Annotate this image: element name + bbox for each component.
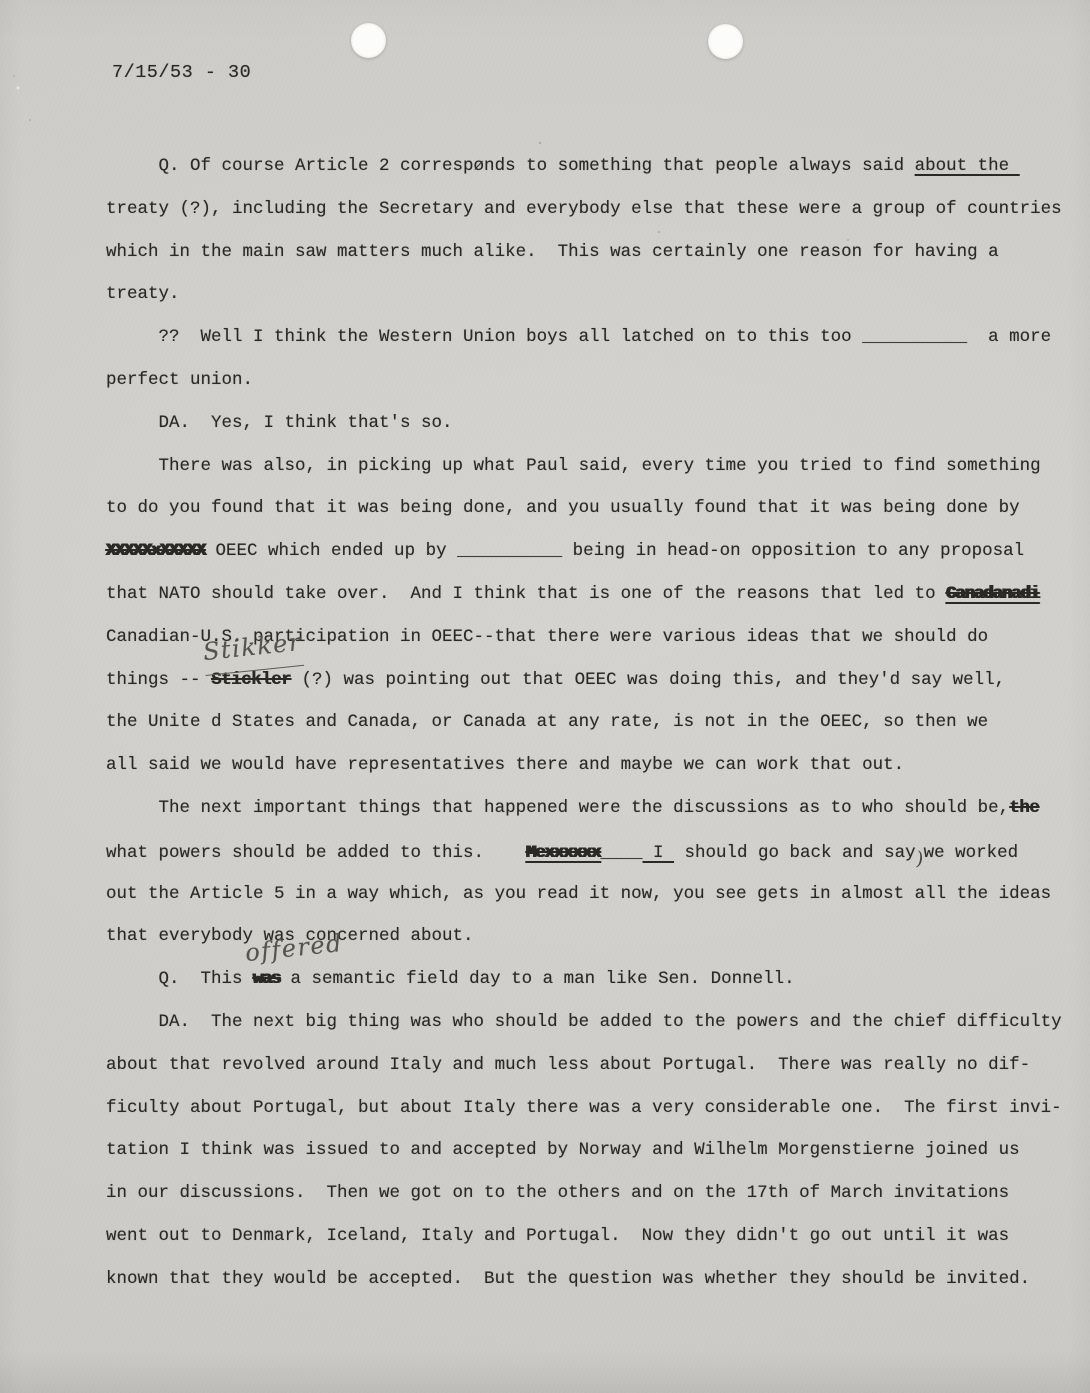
text-line: tation I think was issued to and accepte… (106, 1129, 1088, 1172)
text-line: went out to Denmark, Iceland, Italy and … (106, 1215, 1088, 1258)
typed-text: __________ (862, 327, 967, 347)
blacked-out-text: XXXXXxXXXXX (106, 541, 205, 561)
struck-word: the (1009, 798, 1039, 818)
typed-text: out the Article 5 in a way which, as you… (106, 884, 1051, 904)
typed-text: ?? Well I think the Western Union boys a… (106, 327, 862, 347)
typed-text: __________ (457, 541, 562, 561)
text-line: known that they would be accepted. But t… (106, 1258, 1088, 1301)
text-line: that NATO should take over. And I think … (106, 573, 1088, 616)
typed-text: being in head-on opposition to any propo… (562, 541, 1024, 561)
overwritten-word: wasoffered (253, 958, 280, 1001)
typed-text: ____ (601, 843, 643, 863)
typed-text: OEEC which ended up by (205, 541, 457, 561)
typed-text: which in the main saw matters much alike… (106, 242, 999, 262)
page-header-date-number: 7/15/53 - 30 (112, 62, 251, 83)
text-line: out the Article 5 in a way which, as you… (106, 873, 1088, 916)
text-line: things -- SticklerStikker (?) was pointi… (106, 659, 1088, 702)
typed-text: the Unite d States and Canada, or Canada… (106, 712, 988, 732)
typed-text: tation I think was issued to and accepte… (106, 1140, 1020, 1160)
text-line: DA. The next big thing was who should be… (106, 1001, 1088, 1044)
typed-text: a semantic field day to a man like Sen. … (280, 969, 795, 989)
typed-text: to do you found that it was being done, … (106, 498, 1020, 518)
typed-text: went out to Denmark, Iceland, Italy and … (106, 1226, 1009, 1246)
text-line: ficulty about Portugal, but about Italy … (106, 1087, 1088, 1130)
typed-text: should go back and say (674, 843, 916, 863)
text-line: about that revolved around Italy and muc… (106, 1044, 1088, 1087)
typed-text: things -- (106, 670, 211, 690)
punch-hole (351, 23, 386, 58)
typed-text: ficulty about Portugal, but about Italy … (106, 1098, 1062, 1118)
text-line: in our discussions. Then we got on to th… (106, 1172, 1088, 1215)
typed-text: we worked (924, 843, 1019, 863)
underlined-text: about the (915, 156, 1020, 176)
underlined-text: I (643, 843, 675, 863)
typed-text: DA. Yes, I think that's so. (106, 413, 453, 433)
text-line: to do you found that it was being done, … (106, 487, 1088, 530)
typed-text: a more (967, 327, 1051, 347)
text-line: all said we would have representatives t… (106, 744, 1088, 787)
typed-text: known that they would be accepted. But t… (106, 1269, 1030, 1289)
typed-text: what powers should be added to this. (106, 843, 526, 863)
typed-text: There was also, in picking up what Paul … (106, 456, 1041, 476)
blacked-out-text: Mexxxxxx (526, 843, 600, 863)
typed-text: perfect union. (106, 370, 253, 390)
text-line: ?? Well I think the Western Union boys a… (106, 316, 1088, 359)
typed-text: that NATO should take over. And I think … (106, 584, 946, 604)
text-line: what powers should be added to this. Mex… (106, 830, 1088, 873)
typed-text: Q. Of course Article 2 correspønds to so… (106, 156, 915, 176)
text-line: Q. This wasoffered a semantic field day … (106, 958, 1088, 1001)
text-line: treaty (?), including the Secretary and … (106, 188, 1088, 231)
overwritten-word: SticklerStikker (211, 659, 291, 702)
text-line: the Unite d States and Canada, or Canada… (106, 701, 1088, 744)
typed-text: all said we would have representatives t… (106, 755, 904, 775)
handwritten-note: Stikker (201, 621, 304, 676)
text-line: perfect union. (106, 359, 1088, 402)
text-line: treaty. (106, 273, 1088, 316)
document-page: 7/15/53 - 30 Q. Of course Article 2 corr… (0, 0, 1090, 1393)
blacked-out-text: Canadanadi (946, 584, 1039, 604)
text-line: DA. Yes, I think that's so. (106, 402, 1088, 445)
typed-text: DA. The next big thing was who should be… (106, 1012, 1062, 1032)
typed-text: in our discussions. Then we got on to th… (106, 1183, 1009, 1203)
text-line: Q. Of course Article 2 correspønds to so… (106, 145, 1088, 188)
text-line: There was also, in picking up what Paul … (106, 445, 1088, 488)
page-body: Q. Of course Article 2 correspønds to so… (106, 145, 1088, 1301)
typed-text: treaty (?), including the Secretary and … (106, 199, 1062, 219)
typed-text: The next important things that happened … (106, 798, 1009, 818)
text-line: XXXXXxXXXXX OEEC which ended up by _____… (106, 530, 1088, 573)
typed-text: treaty. (106, 284, 180, 304)
text-line: which in the main saw matters much alike… (106, 231, 1088, 274)
handwritten-note: offered (243, 922, 345, 975)
punch-hole (708, 24, 743, 59)
typed-text: Q. This (106, 969, 253, 989)
typed-text: (?) was pointing out that OEEC was doing… (291, 670, 1005, 690)
typed-text: about that revolved around Italy and muc… (106, 1055, 1030, 1075)
text-line: The next important things that happened … (106, 787, 1088, 830)
